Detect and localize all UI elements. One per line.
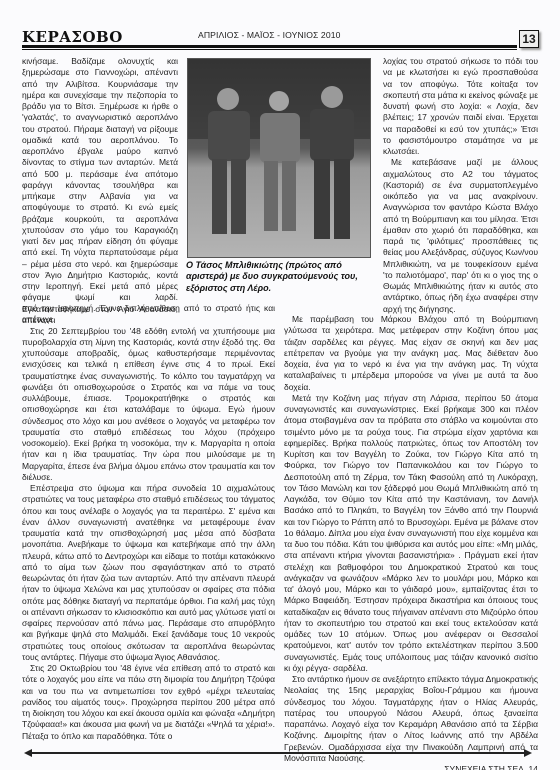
masthead-title: ΚΕΡΑΣΟΒΟ	[22, 28, 123, 46]
continuation-link[interactable]: ΣΥΝΕΧΕΙΑ ΣΤΗ ΣΕΛ. 14	[444, 764, 538, 770]
issue-date: ΑΠΡΙΛΙΟΣ - ΜΑΪΟΣ - ΙΟΥΝΙΟΣ 2010	[198, 30, 340, 40]
header-rule	[22, 45, 517, 48]
paragraph: λοχίας του στρατού σήκωσε το πόδι του να…	[383, 56, 538, 157]
continuation-line: ΣΥΝΕΧΕΙΑ ΣΤΗ ΣΕΛ. 14	[284, 764, 538, 770]
paragraph: Στο αντάρτικο ήμουν σε ανεξάρτητο επίλεκ…	[284, 674, 538, 764]
left-column-body: από την Ιεροπηγή. Έγινε διπλή επίθεση απ…	[22, 303, 275, 742]
photo-three-men-image	[188, 59, 370, 257]
paragraph: Επέστρεψα στο ύψωμα και πήρα συνοδεία 10…	[22, 483, 275, 663]
paragraph: Με κατεβάσανε μαζί με άλλους αιχμαλώτους…	[383, 157, 538, 315]
footer-rule	[28, 752, 524, 754]
page-number: 13	[519, 30, 539, 48]
photo	[187, 58, 371, 258]
paragraph: Μετά την Κοζάνη μας πήγαν στη Λάρισα, πε…	[284, 393, 538, 674]
paragraph: από την Ιεροπηγή. Έγινε διπλή επίθεση απ…	[22, 303, 275, 326]
right-column-top-text: λοχίας του στρατού σήκωσε το πόδι του να…	[383, 56, 538, 315]
right-column-body: Με παρέμβαση του Μάρκου Βλάχου από τη Βο…	[284, 314, 538, 770]
photo-caption: Ο Τάσος Μπλιθικιώτης (πρώτος από αριστερ…	[186, 260, 372, 294]
paragraph: Με παρέμβαση του Μάρκου Βλάχου από τη Βο…	[284, 314, 538, 393]
arrow-right-icon	[524, 749, 532, 757]
left-column-top-text: κινήσαμε. Βαδίζαμε ολονυχτίς και ξημερώσ…	[22, 56, 178, 326]
paragraph: κινήσαμε. Βαδίζαμε ολονυχτίς και ξημερώσ…	[22, 56, 178, 326]
header-rule-thin	[22, 49, 517, 50]
paragraph: Στις 20 Σεπτεμβρίου του '48 εδόθη εντολή…	[22, 326, 275, 484]
paragraph: Στις 20 Οκτωβρίου του '48 έγινε νέα επίθ…	[22, 663, 275, 742]
